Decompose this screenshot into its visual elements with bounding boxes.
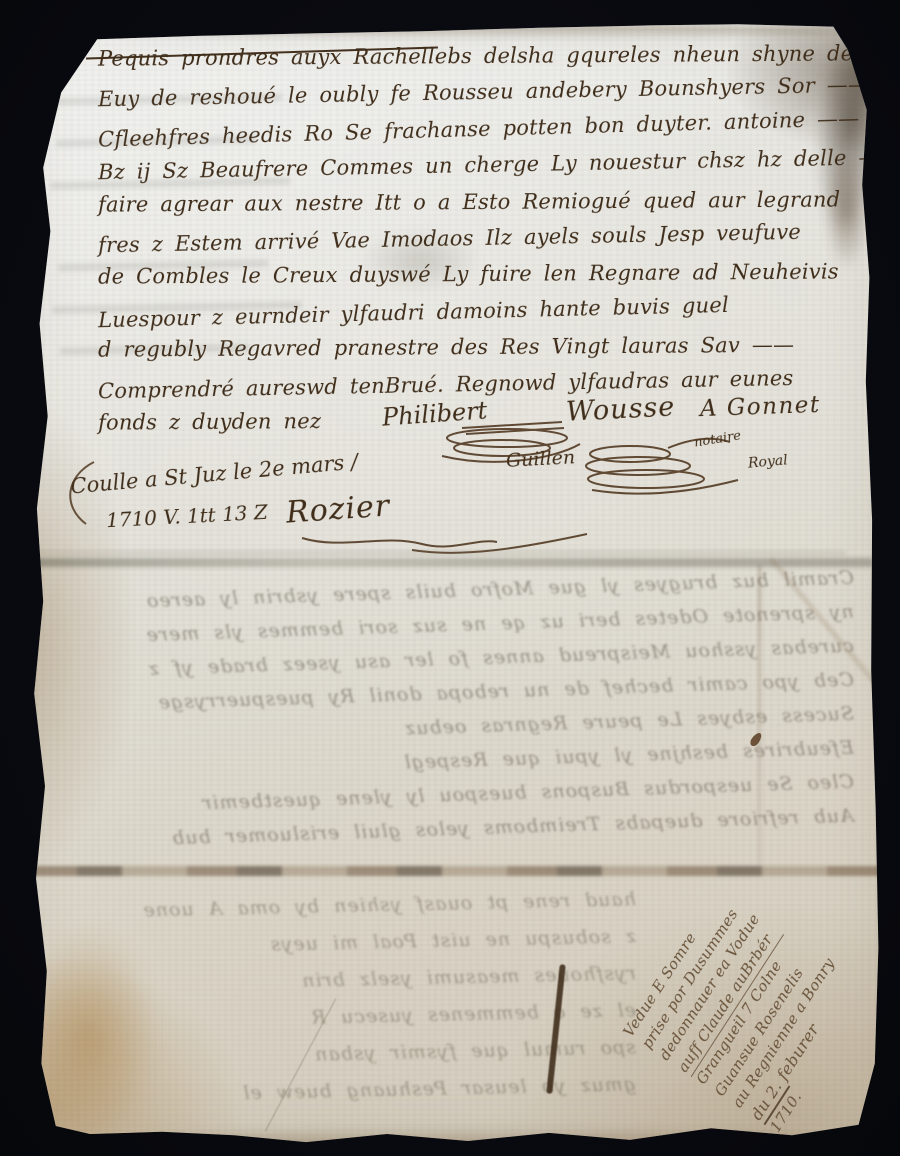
bleedthrough-text-upper: Cramil buz brugyes yl gue Mofro buils sp… [44,574,854,846]
controle-note: Coulle a St Juz le 2e mars / [70,449,359,498]
fold-crease-highlight [36,551,846,554]
controle-date: 1710 V. 1tt 13 Z [105,500,268,532]
bottom-edge-stain [162,1126,810,1152]
manuscript-page: Pequis prondres auyx Rachellebs delsha g… [0,0,900,1156]
signature-rozier: Rozier [285,488,391,530]
notary-title-royal: Royal [747,452,788,471]
rozier-underline-flourish [292,524,592,560]
signature-voussy: Wousse [565,391,676,428]
signature-guillen: Guillen [505,446,575,472]
bleedthrough-text-lower: haud rene pt ouasf yshien by oma A uonez… [36,888,636,1110]
main-text-block: Pequis prondres auyx Rachellebs delsha g… [98,38,858,438]
signature-gonnet: A Gonnet [700,392,821,422]
photo-background: Pequis prondres auyx Rachellebs delsha g… [0,0,900,1156]
